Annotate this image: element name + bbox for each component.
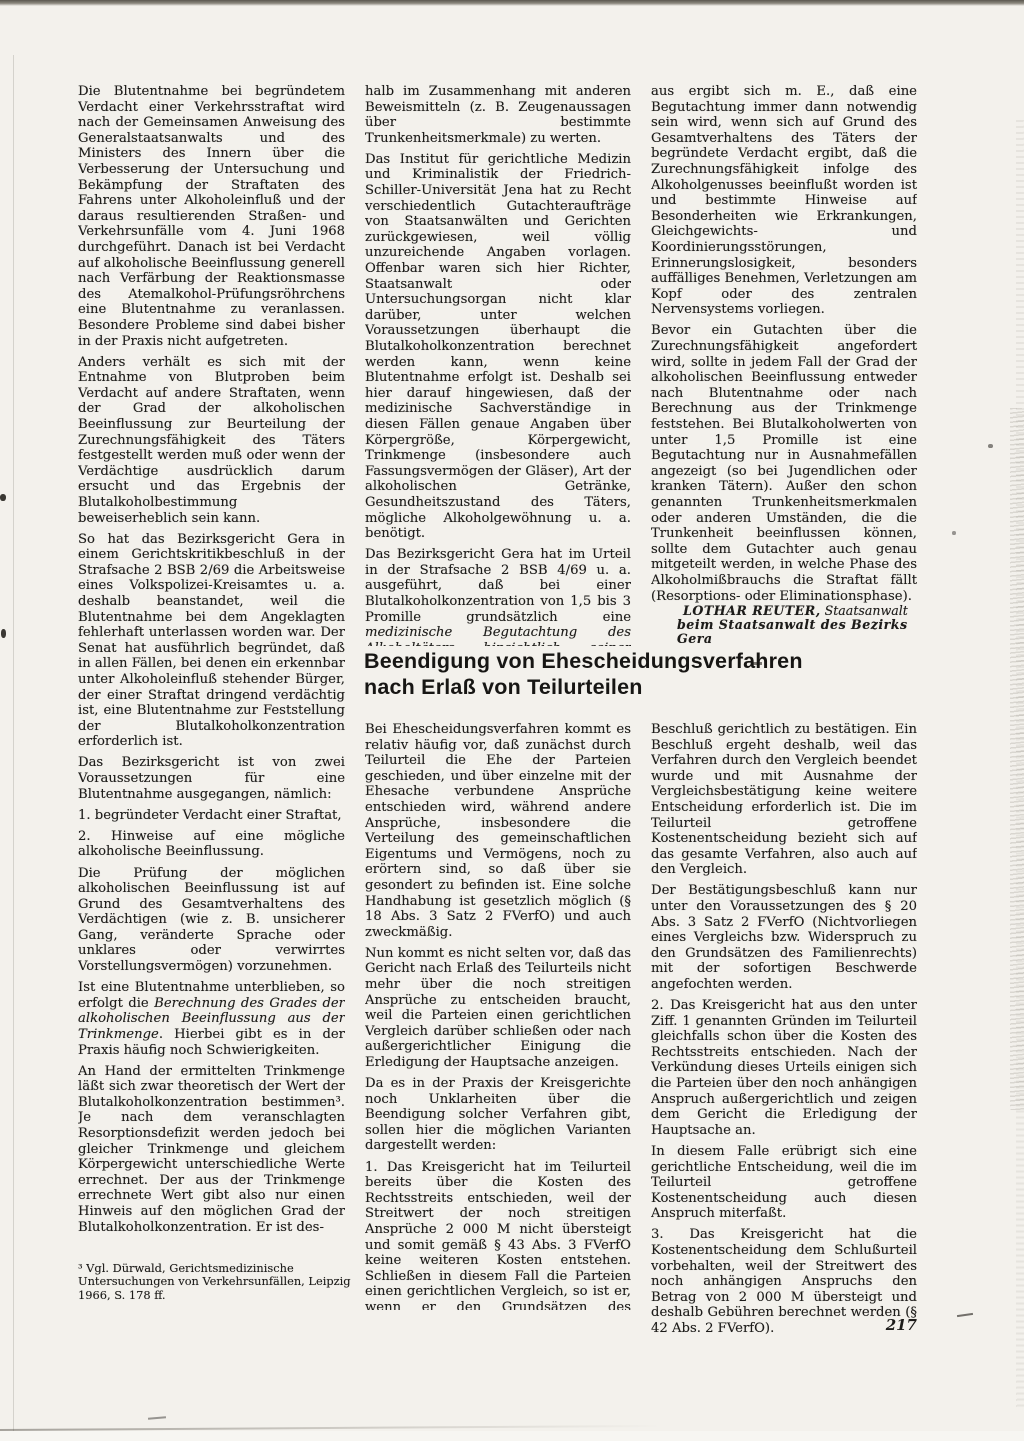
heading-line-2: nach Erlaß von Teilurteilen xyxy=(364,675,643,699)
text-run: Der Bestätigungsbeschluß kann nur unter … xyxy=(651,883,917,992)
paragraph: Da es in der Praxis der Kreisgerichte no… xyxy=(365,1076,631,1154)
paragraph: Bei Ehescheidungsverfahren kommt es rela… xyxy=(365,722,631,940)
paragraph: Das Institut für gerichtliche Medizin un… xyxy=(365,152,631,542)
scan-speck xyxy=(988,444,993,448)
alcohol-article-column-2: halb im Zusammenhang mit anderen Beweism… xyxy=(365,84,631,646)
journal-page: Die Blutentnahme bei begründetem Verdach… xyxy=(0,0,1024,1441)
page-number: 217 xyxy=(651,1316,917,1334)
paragraph: halb im Zusammenhang mit anderen Beweism… xyxy=(365,84,631,146)
scan-speck xyxy=(0,494,6,501)
heading-line-1: Beendigung von Ehescheidungsverfahren xyxy=(364,649,803,673)
divorce-article-column-2: Beschluß gerichtlich zu bestätigen. Ein … xyxy=(651,722,917,1354)
text-run: Nun kommt es nicht selten vor, daß das G… xyxy=(365,946,631,1070)
text-run: 1. Das Kreisgericht hat im Teilurteil be… xyxy=(365,1160,631,1310)
text-run: halb im Zusammenhang mit anderen Beweism… xyxy=(365,84,631,146)
text-run: Da es in der Praxis der Kreisgerichte no… xyxy=(365,1076,631,1153)
footnote: ³ Vgl. Dürwald, Gerichtsmedizinische Unt… xyxy=(78,1262,358,1302)
author-role: Staatsanwalt xyxy=(825,603,908,618)
text-run: Das Bezirksgericht ist von zwei Vorausse… xyxy=(78,755,345,801)
paragraph: 2. Das Kreisgericht hat aus den unter Zi… xyxy=(651,998,917,1138)
text-run: Das Bezirksgericht Gera hat im Urteil in… xyxy=(365,547,631,624)
author-name: LOTHAR REUTER, xyxy=(683,603,821,618)
text-run: 1. begründeter Verdacht einer Straftat, xyxy=(78,808,342,823)
text-run: Bevor ein Gutachten über die Zurechnungs… xyxy=(651,323,917,603)
author-byline: LOTHAR REUTER, Staatsanwalt beim Staatsa… xyxy=(651,604,919,646)
text-run: In diesem Falle erübrigt sich eine geric… xyxy=(651,1144,917,1221)
text-run: 2. Das Kreisgericht hat aus den unter Zi… xyxy=(651,998,917,1138)
text-run: Die Blutentnahme bei begründetem Verdach… xyxy=(78,84,345,349)
alcohol-article-column-1: Die Blutentnahme bei begründetem Verdach… xyxy=(78,84,345,1260)
scan-artifact-left-fold xyxy=(13,55,14,1441)
scan-artifact-top-edge xyxy=(0,0,1024,6)
alcohol-article-column-3: aus ergibt sich m. E., daß eine Begutach… xyxy=(651,84,917,604)
scan-artifact-right-edge xyxy=(1010,408,1024,1110)
author-line-1: LOTHAR REUTER, Staatsanwalt xyxy=(651,604,919,618)
paragraph: Das Bezirksgericht ist von zwei Vorausse… xyxy=(78,755,345,802)
paragraph: In diesem Falle erübrigt sich eine geric… xyxy=(651,1144,917,1222)
paragraph: Die Blutentnahme bei begründetem Verdach… xyxy=(78,84,345,349)
paragraph: Bevor ein Gutachten über die Zurechnungs… xyxy=(651,323,917,604)
author-line-2: beim Staatsanwalt des Bezirks Gera xyxy=(651,618,919,646)
text-run: An Hand der ermittelten Trinkmenge läßt … xyxy=(78,1064,345,1235)
scan-artifact-bottom-fade xyxy=(0,1431,1024,1441)
paragraph: Beschluß gerichtlich zu bestätigen. Ein … xyxy=(651,722,917,878)
paragraph: Das Bezirksgericht Gera hat im Urteil in… xyxy=(365,547,631,646)
paragraph: Die Prüfung der möglichen alkoholischen … xyxy=(78,866,345,975)
text-run: medizinische Begutachtung des Alkoholtät… xyxy=(365,625,631,646)
text-run: aus ergibt sich m. E., daß eine Begutach… xyxy=(651,84,917,317)
scan-speck xyxy=(1,629,6,638)
paragraph: 1. begründeter Verdacht einer Straftat, xyxy=(78,808,345,824)
scan-speck xyxy=(952,531,956,535)
paragraph: So hat das Bezirksgericht Gera in einem … xyxy=(78,532,345,750)
text-run: Die Prüfung der möglichen alkoholischen … xyxy=(78,866,345,975)
paragraph: Ist eine Blutentnahme unterblieben, so e… xyxy=(78,980,345,1058)
text-run: 2. Hinweise auf eine mögliche alkoholisc… xyxy=(78,829,345,860)
paragraph: An Hand der ermittelten Trinkmenge läßt … xyxy=(78,1064,345,1236)
paragraph: 2. Hinweise auf eine mögliche alkoholisc… xyxy=(78,829,345,860)
paragraph: Der Bestätigungsbeschluß kann nur unter … xyxy=(651,883,917,992)
scan-artifact-right-edge-faint xyxy=(1016,120,1024,1410)
paragraph: aus ergibt sich m. E., daß eine Begutach… xyxy=(651,84,917,318)
scan-speck xyxy=(957,1313,973,1317)
divorce-article-heading: Beendigung von Ehescheidungsverfahren na… xyxy=(364,648,804,700)
text-run: Bei Ehescheidungsverfahren kommt es rela… xyxy=(365,722,631,940)
paragraph: 1. Das Kreisgericht hat im Teilurteil be… xyxy=(365,1160,631,1310)
divorce-article-column-1: Bei Ehescheidungsverfahren kommt es rela… xyxy=(365,722,631,1310)
text-run: So hat das Bezirksgericht Gera in einem … xyxy=(78,532,345,750)
scan-artifact-bottom-edge xyxy=(0,1425,660,1431)
text-run: Anders verhält es sich mit der Entnahme … xyxy=(78,355,345,526)
paragraph: Anders verhält es sich mit der Entnahme … xyxy=(78,355,345,527)
text-run: Das Institut für gerichtliche Medizin un… xyxy=(365,152,631,541)
text-run: Beschluß gerichtlich zu bestätigen. Ein … xyxy=(651,722,917,877)
scan-speck xyxy=(148,1416,166,1420)
paragraph: Nun kommt es nicht selten vor, daß das G… xyxy=(365,946,631,1071)
